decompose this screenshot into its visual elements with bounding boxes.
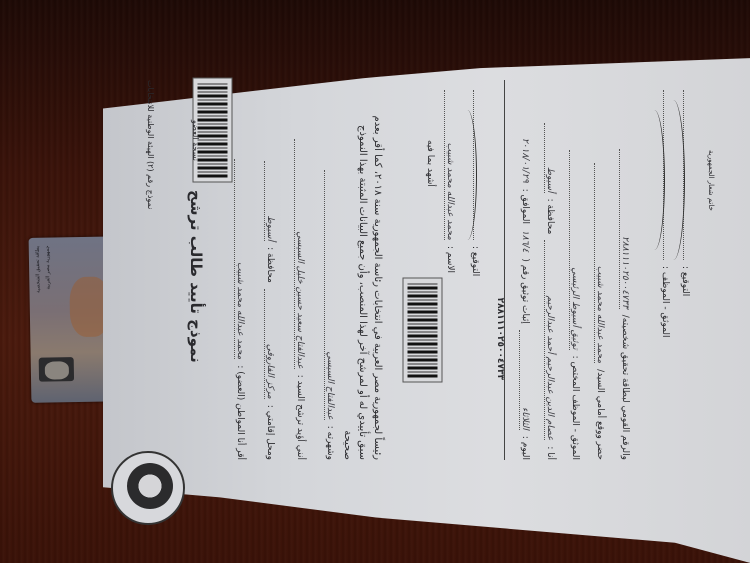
section-divider [504,80,505,460]
member-barcode [403,278,443,383]
field-candidate-value: عبدالفتاح سعيد حسين خليل السيسي [294,139,305,369]
notary-date-label: الموافق : [520,189,530,224]
notary-position-row: الموثق - الموظف المختص : توثيق أسيوط الر… [569,150,580,460]
notary-clerk-label: أنا : [545,446,555,460]
notary-governorate-label: محافظة : [545,199,555,235]
endorsement-form: نموذج رقم (٢) الهيئة الوطنية للانتخابات … [105,70,745,550]
field-governorate-value: أسيوط [264,161,275,241]
notary-date-value: ٢٠١٨/٠١/٢٩ [520,138,530,183]
acknowledgement-text: أشهد بما فيه [425,140,435,187]
notary-day-value: الثلاثاء [519,330,530,430]
id-card-line-1: بطاقة تحقيق الشخصية [35,246,42,293]
field-residence-label: ومحل إقامتي : [265,405,275,460]
field-residence: ومحل إقامتي : مركز الفاروقي محافظة : أسي… [264,161,275,460]
field-governorate-label: محافظة : [265,247,275,283]
form-reference: نموذج رقم (٢) الهيئة الوطنية للانتخابات [146,80,155,209]
member-signature-scribble [458,110,477,240]
notary-day-label: اليوم : [520,436,530,460]
member-signature-label: التوقيع : [470,246,480,276]
notary-national-id-row: والرقم القومي لبطاقة تحقيق شخصيته/ ٢٨٨١١… [619,149,630,460]
notary-attendee-row: حضر ووقع أمامي السيد/ محمد عبدالله محمد … [594,163,605,460]
form-title: نموذج تأييد طالب ترشح [187,190,205,363]
notary-national-id-value: ٢٨٨١١١٠٢٥٠٠٤٧٣٣ [619,149,630,309]
field-nickname-label: وشهرته : [325,426,335,460]
notary-clerk-name: عصام الدين عبدالرحيم أحمد عبدالرحيم [544,240,555,440]
notary-national-id-label: والرقم القومي لبطاقة تحقيق شخصيته/ [620,315,630,460]
national-election-authority-logo-icon [111,451,185,525]
field-candidate-label: أنني أؤيد ترشح السيد : [295,375,305,460]
copy-label: نسخة العضو [191,120,200,161]
notary-signature-label-1: الموثق - الموظف : [660,266,670,338]
notary-signature-scribble-2 [662,100,685,260]
field-candidate: أنني أؤيد ترشح السيد : عبدالفتاح سعيد حس… [294,139,305,460]
notary-clerk-row: أنا : عصام الدين عبدالرحيم أحمد عبدالرحي… [544,123,555,460]
field-nickname: وشهرته : عبدالفتاح السيسي [324,170,335,460]
field-member: أقر أنا المواطن (العضو) : محمد عبدالله م… [234,159,245,460]
declaration-text: رئيساً لجمهورية مصر العربية في انتخابات … [340,100,385,460]
member-name-row: الاسم : محمد عبدالله محمد شبيب [444,90,455,273]
field-residence-value: مركز الفاروقي [264,289,275,399]
notary-signature-label-2: التوقيع : [680,266,690,296]
id-card-face [45,361,69,379]
notary-ref-row: اليوم : الثلاثاء إثبات توثيق رقم ( ١٨٦/٤… [519,138,530,460]
notary-attendee-name: محمد عبدالله محمد شبيب [594,163,605,363]
notary-position-value: توثيق أسيوط الرئيسي [569,150,580,350]
notary-ref-value: ١٨٦/٤ [520,230,530,252]
field-nickname-value: عبدالفتاح السيسي [324,170,335,420]
notary-ref-label: إثبات توثيق رقم ( [520,258,530,324]
id-card-line-2: جمهورية مصر العربية [45,246,52,290]
notary-position-label: الموثق - الموظف المختص : [570,356,580,460]
notary-stamp-text: خاتم شعار الجمهورية [707,150,715,211]
member-name-label: الاسم : [445,246,455,273]
field-member-label: أقر أنا المواطن (العضو) : [235,365,245,460]
field-member-value: محمد عبدالله محمد شبيب [234,159,245,359]
notary-governorate-value: أسيوط [544,123,555,193]
member-name-value: محمد عبدالله محمد شبيب [444,90,455,240]
notary-attendee-label: حضر ووقع أمامي السيد/ [595,369,605,460]
